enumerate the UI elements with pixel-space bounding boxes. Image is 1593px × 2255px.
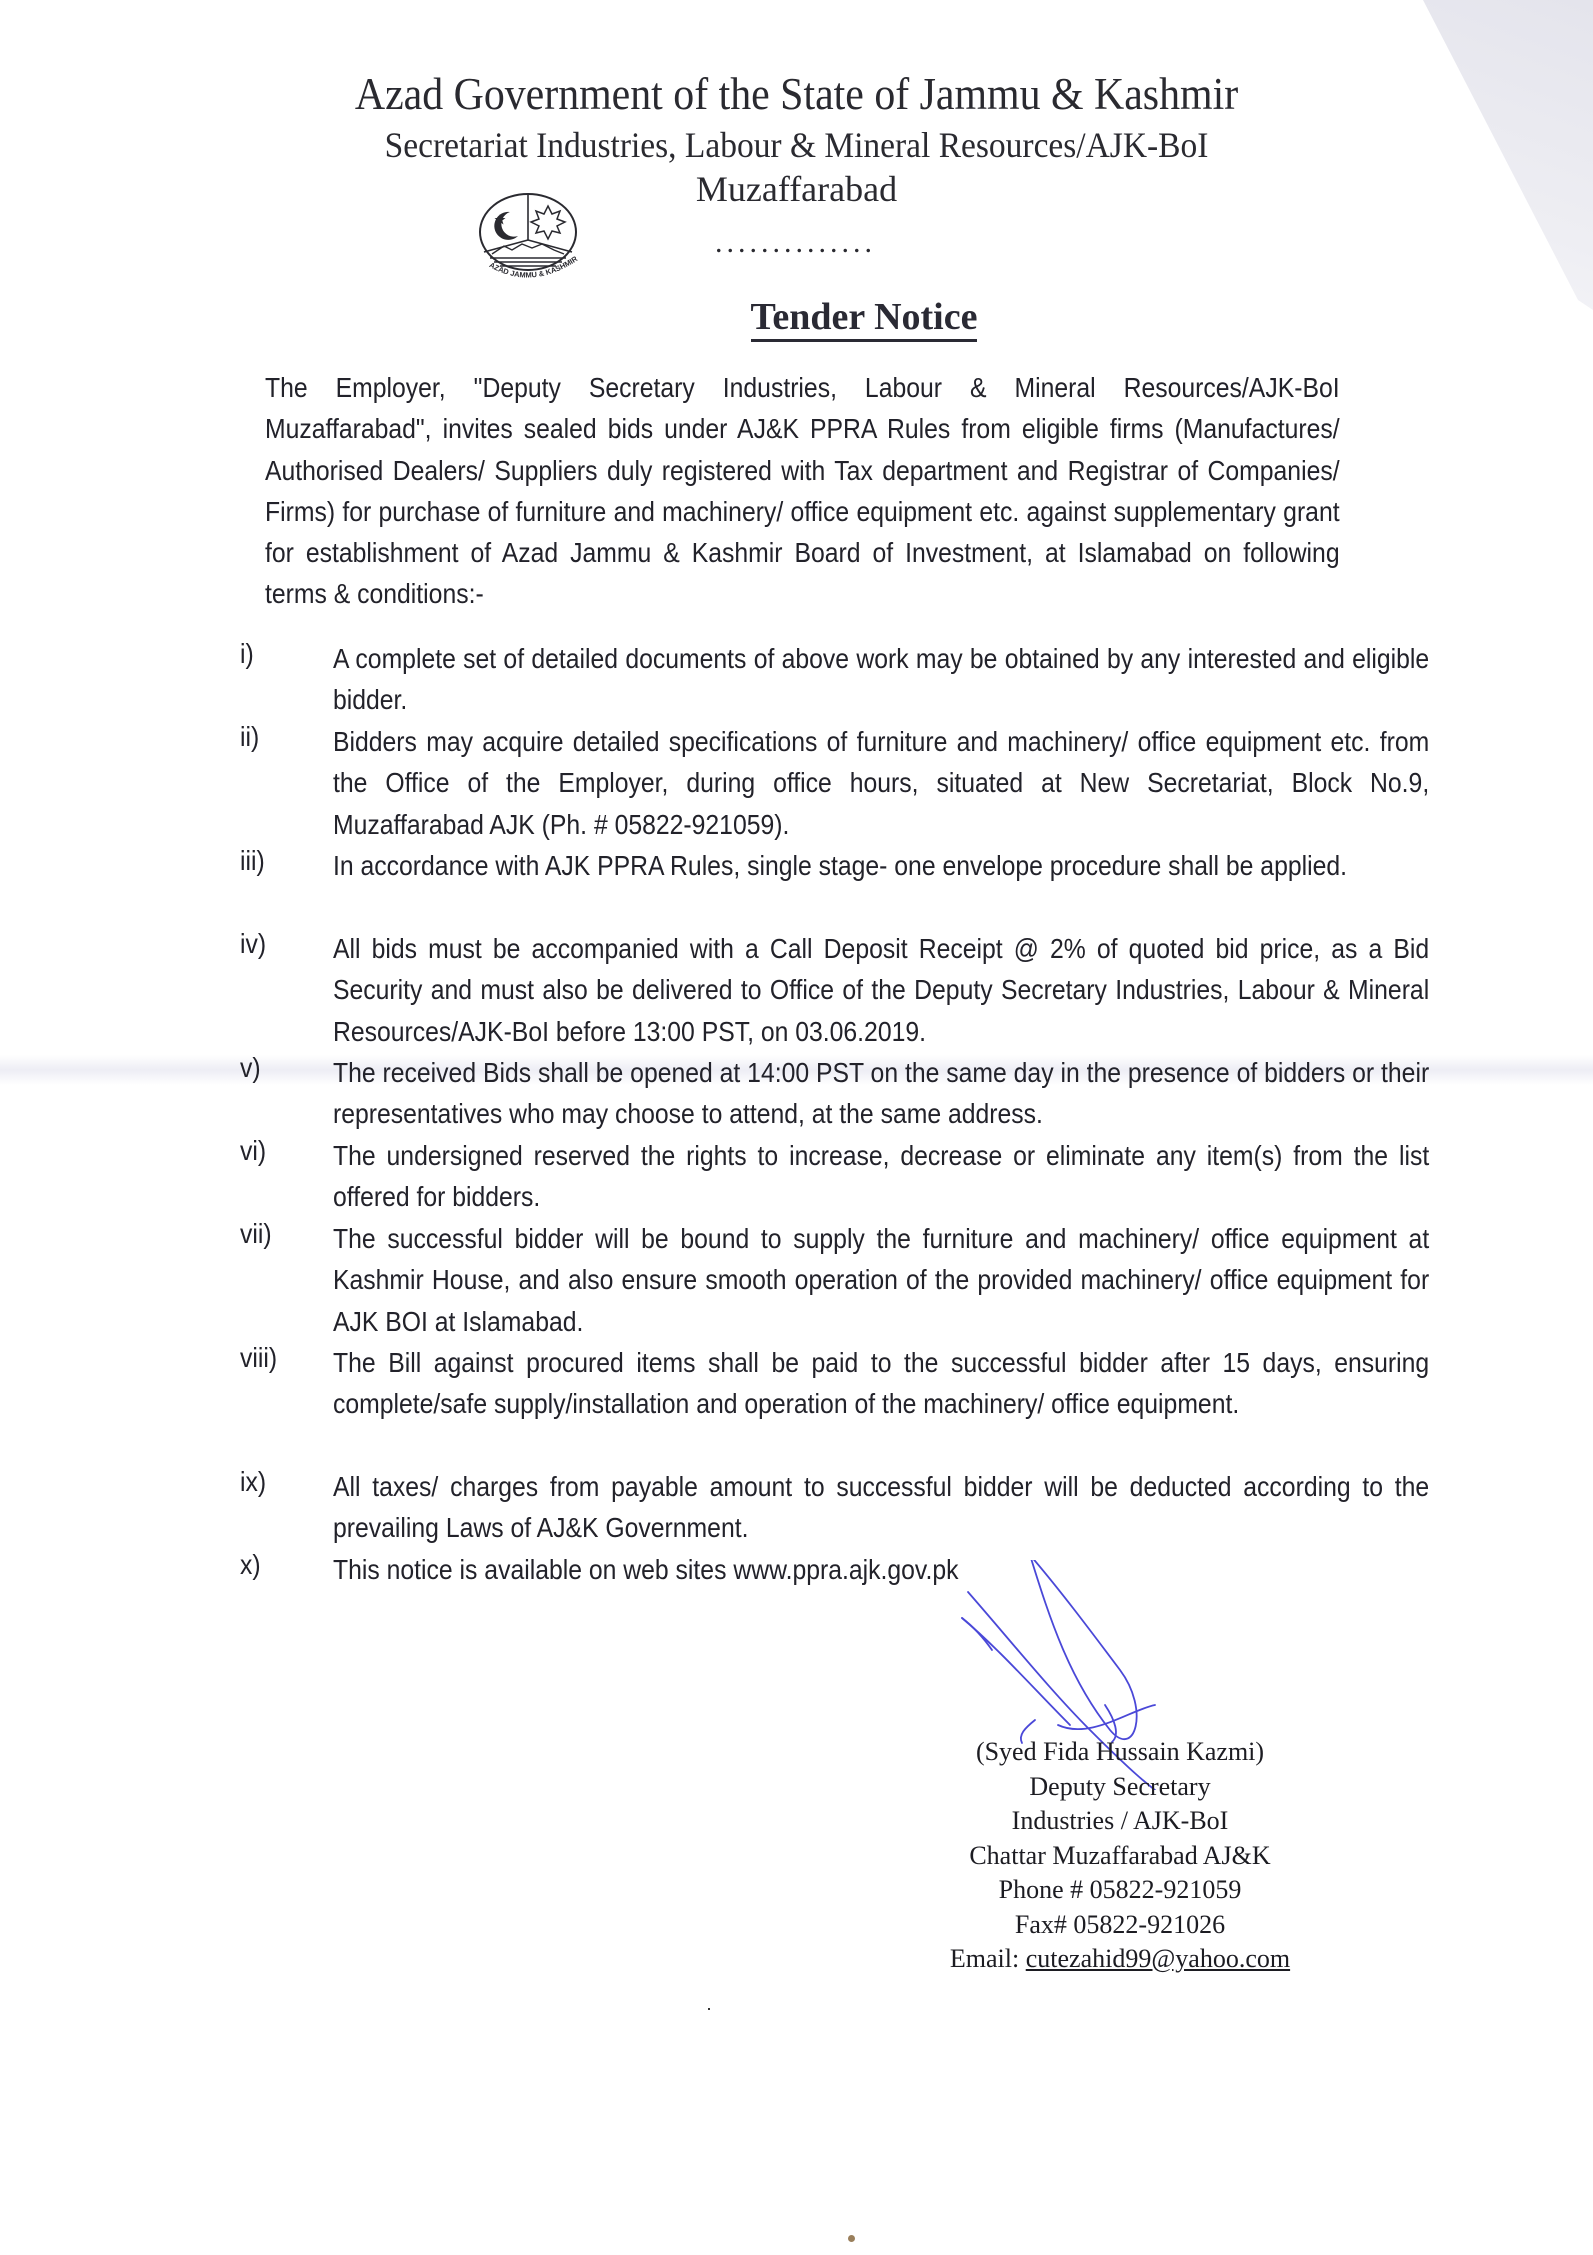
scan-speck	[708, 2008, 710, 2010]
term-number: ix)	[240, 1466, 266, 1498]
term-number: v)	[240, 1052, 261, 1084]
email-link[interactable]: cutezahid99@yahoo.com	[1026, 1944, 1290, 1973]
term-text: The received Bids shall be opened at 14:…	[333, 1052, 1429, 1135]
term-number: iii)	[240, 845, 265, 877]
signatory-designation: Deputy Secretary	[920, 1770, 1320, 1805]
signatory-phone: Phone # 05822-921059	[920, 1873, 1320, 1908]
header-separator: ..............	[715, 226, 876, 260]
scan-speck	[848, 2235, 855, 2242]
signatory-department: Industries / AJK-BoI	[920, 1804, 1320, 1839]
term-number: ii)	[240, 721, 259, 753]
term-number: vi)	[240, 1135, 266, 1167]
term-text: A complete set of detailed documents of …	[333, 638, 1429, 721]
signatory-block: (Syed Fida Hussain Kazmi) Deputy Secreta…	[920, 1735, 1320, 1977]
term-text: The Bill against procured items shall be…	[333, 1342, 1429, 1425]
term-number: iv)	[240, 928, 266, 960]
term-text: All bids must be accompanied with a Call…	[333, 928, 1429, 1052]
notice-title: Tender Notice	[0, 295, 1593, 339]
term-text: The successful bidder will be bound to s…	[333, 1218, 1429, 1342]
header-title: Azad Government of the State of Jammu & …	[56, 68, 1537, 120]
header-subtitle: Secretariat Industries, Labour & Mineral…	[56, 124, 1537, 166]
term-text: All taxes/ charges from payable amount t…	[333, 1466, 1429, 1549]
signatory-fax: Fax# 05822-921026	[920, 1908, 1320, 1943]
term-text: Bidders may acquire detailed specificati…	[333, 721, 1429, 845]
signatory-name: (Syed Fida Hussain Kazmi)	[920, 1735, 1320, 1770]
term-number: x)	[240, 1549, 261, 1581]
header-city: Muzaffarabad	[0, 168, 1593, 210]
term-number: vii)	[240, 1218, 272, 1250]
signatory-email-line: Email: cutezahid99@yahoo.com	[920, 1942, 1320, 1977]
term-number: viii)	[240, 1342, 277, 1374]
term-text: In accordance with AJK PPRA Rules, singl…	[333, 845, 1429, 886]
email-label: Email:	[950, 1944, 1026, 1973]
term-text: The undersigned reserved the rights to i…	[333, 1135, 1429, 1218]
signatory-address: Chattar Muzaffarabad AJ&K	[920, 1839, 1320, 1874]
notice-intro: The Employer, "Deputy Secretary Industri…	[265, 367, 1340, 615]
ajk-emblem-icon: AZAD JAMMU & KASHMIR	[470, 190, 600, 285]
term-number: i)	[240, 638, 254, 670]
